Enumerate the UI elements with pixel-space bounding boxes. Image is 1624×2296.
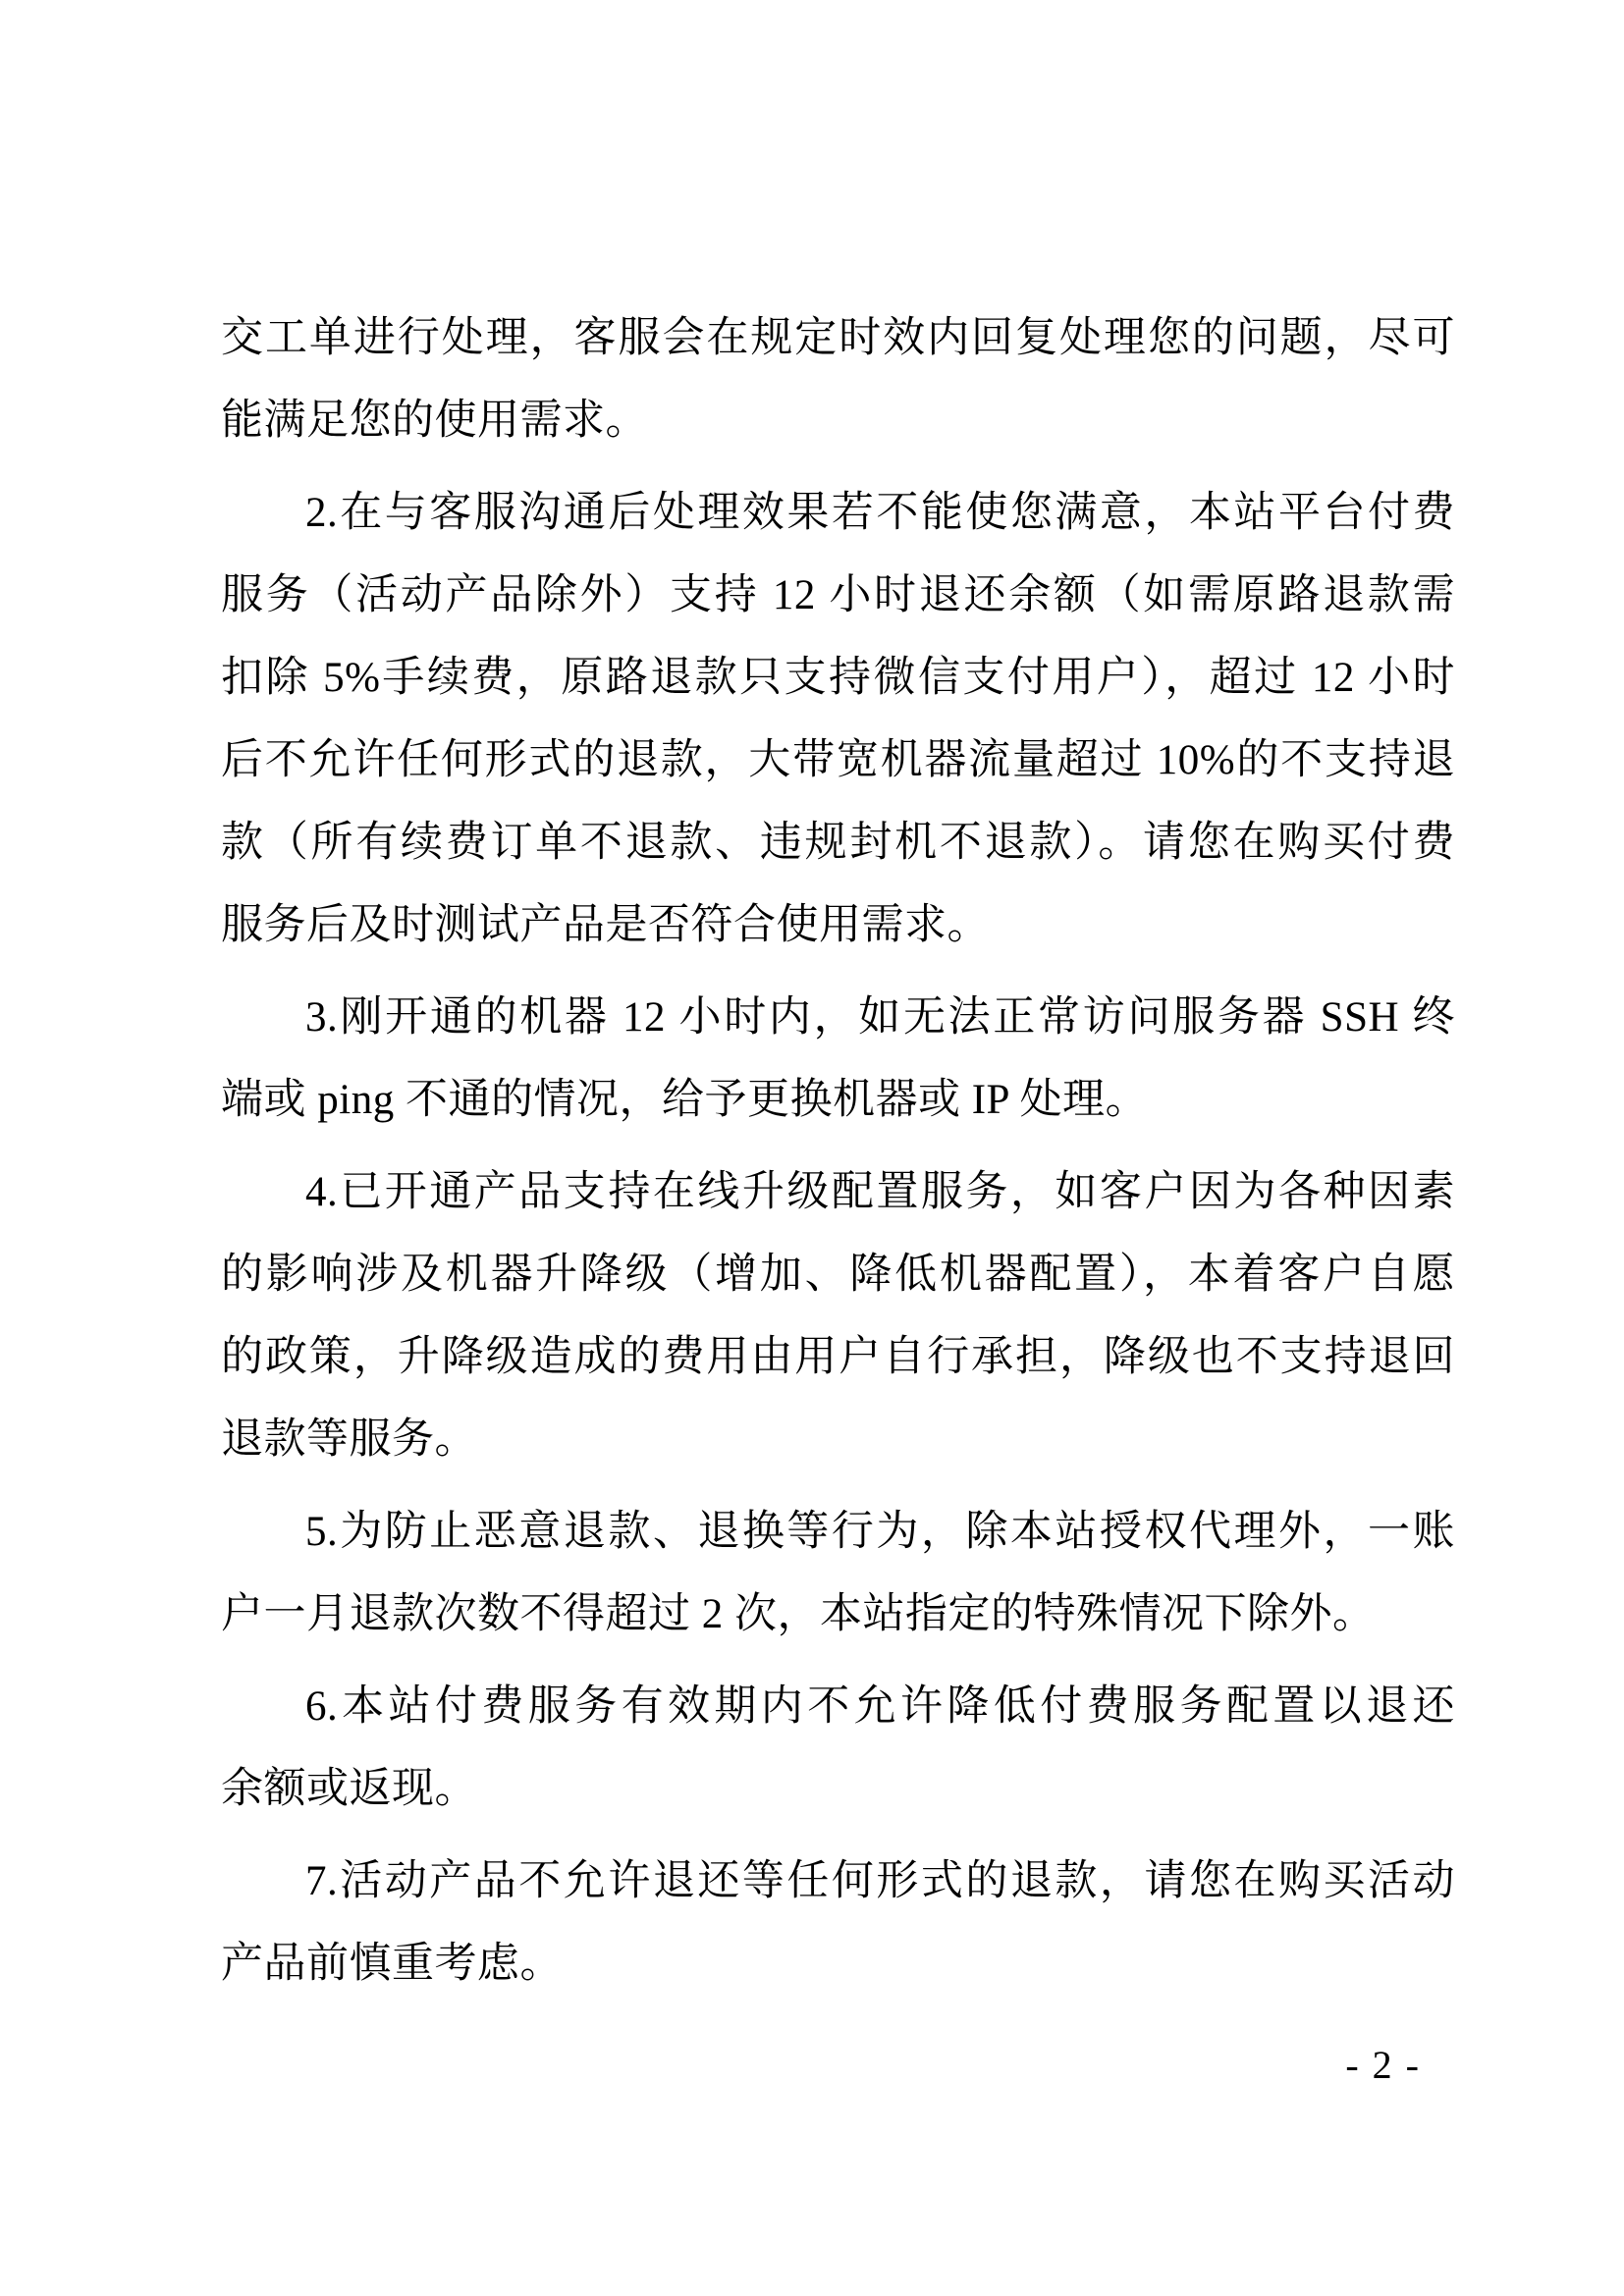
paragraph: 3.刚开通的机器 12 小时内，如无法正常访问服务器 SSH 终端或 ping … [221, 977, 1455, 1142]
text-line: 款（所有续费订单不退款、违规封机不退款）。请您在购买付费 [221, 802, 1455, 884]
text-line: 扣除 5%手续费，原路退款只支持微信支付用户），超过 12 小时 [221, 637, 1455, 720]
text-line: 2.在与客服沟通后处理效果若不能使您满意，本站平台付费 [221, 472, 1455, 555]
text-line: 的影响涉及机器升降级（增加、降低机器配置），本着客户自愿 [221, 1234, 1455, 1316]
text-line: 的政策，升降级造成的费用由用户自行承担，降级也不支持退回 [221, 1316, 1455, 1399]
paragraph: 2.在与客服沟通后处理效果若不能使您满意，本站平台付费服务（活动产品除外）支持 … [221, 472, 1455, 967]
document-body: 交工单进行处理，客服会在规定时效内回复处理您的问题，尽可能满足您的使用需求。2.… [221, 297, 1455, 2005]
text-line: 户一月退款次数不得超过 2 次，本站指定的特殊情况下除外。 [221, 1574, 1455, 1656]
text-line: 5.为防止恶意退款、退换等行为，除本站授权代理外，一账 [221, 1491, 1455, 1574]
document-page: 交工单进行处理，客服会在规定时效内回复处理您的问题，尽可能满足您的使用需求。2.… [0, 0, 1624, 2296]
text-line: 服务后及时测试产品是否符合使用需求。 [221, 884, 1455, 967]
text-line: 服务（活动产品除外）支持 12 小时退还余额（如需原路退款需 [221, 555, 1455, 637]
text-line: 7.活动产品不允许退还等任何形式的退款，请您在购买活动 [221, 1841, 1455, 1923]
text-line: 退款等服务。 [221, 1399, 1455, 1481]
text-line: 产品前慎重考虑。 [221, 1923, 1455, 2005]
text-line: 4.已开通产品支持在线升级配置服务，如客户因为各种因素 [221, 1151, 1455, 1234]
paragraph: 4.已开通产品支持在线升级配置服务，如客户因为各种因素的影响涉及机器升降级（增加… [221, 1151, 1455, 1481]
text-line: 交工单进行处理，客服会在规定时效内回复处理您的问题，尽可 [221, 297, 1455, 380]
paragraph: 5.为防止恶意退款、退换等行为，除本站授权代理外，一账户一月退款次数不得超过 2… [221, 1491, 1455, 1656]
text-line: 能满足您的使用需求。 [221, 380, 1455, 462]
text-line: 6.本站付费服务有效期内不允许降低付费服务配置以退还 [221, 1666, 1455, 1748]
text-line: 后不允许任何形式的退款，大带宽机器流量超过 10%的不支持退 [221, 720, 1455, 802]
paragraph: 6.本站付费服务有效期内不允许降低付费服务配置以退还余额或返现。 [221, 1666, 1455, 1831]
text-line: 端或 ping 不通的情况，给予更换机器或 IP 处理。 [221, 1059, 1455, 1142]
text-line: 3.刚开通的机器 12 小时内，如无法正常访问服务器 SSH 终 [221, 977, 1455, 1059]
text-line: 余额或返现。 [221, 1748, 1455, 1831]
paragraph: 7.活动产品不允许退还等任何形式的退款，请您在购买活动产品前慎重考虑。 [221, 1841, 1455, 2005]
paragraph: 交工单进行处理，客服会在规定时效内回复处理您的问题，尽可能满足您的使用需求。 [221, 297, 1455, 462]
page-number: - 2 - [1345, 2044, 1421, 2087]
